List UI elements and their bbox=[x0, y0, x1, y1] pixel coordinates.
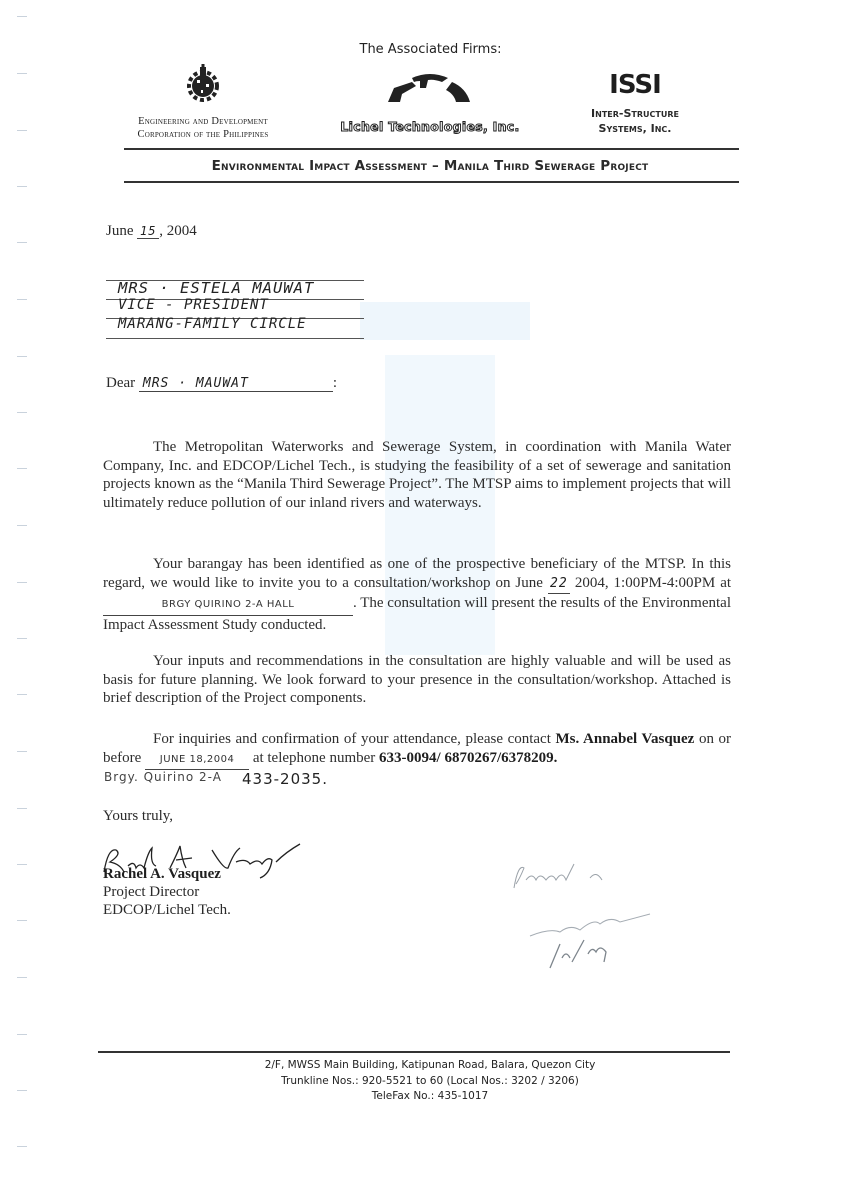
salutation: Dear MRS · MAUWAT: bbox=[106, 375, 337, 392]
paragraph-2: Your barangay has been identified as one… bbox=[103, 555, 731, 634]
paragraph-4: For inquiries and confirmation of your a… bbox=[103, 730, 731, 770]
date-prefix: June bbox=[106, 223, 134, 239]
signatory-title: Project Director bbox=[103, 883, 231, 901]
recipient-title: VICE - PRESIDENT bbox=[118, 297, 269, 313]
margin-mark bbox=[17, 299, 27, 300]
firm-lichel: Lichel Technologies, Inc. bbox=[335, 72, 525, 134]
paragraph-2-text-b: 2004, 1:00PM-4:00PM at bbox=[570, 575, 731, 591]
footer-telefax: TeleFax No.: 435-1017 bbox=[100, 1089, 760, 1105]
signatory-org: EDCOP/Lichel Tech. bbox=[103, 901, 231, 919]
paragraph-4-text-c: at telephone number bbox=[253, 750, 375, 766]
issi-name-line1: Inter-Structure bbox=[560, 106, 710, 121]
margin-mark bbox=[17, 1090, 27, 1091]
margin-mark bbox=[17, 1146, 27, 1147]
recipient-org: MARANG-FAMILY CIRCLE bbox=[118, 316, 307, 332]
received-note-handwriting-icon bbox=[510, 858, 710, 978]
workshop-day-field: 22 bbox=[548, 575, 570, 595]
received-note bbox=[510, 858, 710, 978]
margin-mark bbox=[17, 525, 27, 526]
lichel-name: Lichel Technologies, Inc. bbox=[335, 119, 525, 134]
paragraph-1: The Metropolitan Waterworks and Sewerage… bbox=[103, 438, 731, 512]
date-day-field: 15 bbox=[137, 224, 159, 239]
margin-mark bbox=[17, 1034, 27, 1035]
margin-mark bbox=[17, 808, 27, 809]
paragraph-4-text-a: For inquiries and confirmation of your a… bbox=[153, 731, 551, 747]
margin-mark bbox=[17, 356, 27, 357]
lichel-arc-logo-icon bbox=[382, 72, 478, 106]
paragraph-3-text: Your inputs and recommendations in the c… bbox=[103, 653, 731, 706]
footer: 2/F, MWSS Main Building, Katipunan Road,… bbox=[100, 1058, 760, 1105]
issi-name-line2: Systems, Inc. bbox=[560, 121, 710, 136]
address-line bbox=[106, 338, 364, 339]
margin-mark bbox=[17, 920, 27, 921]
handwritten-phone-note: 433-2035. bbox=[242, 770, 328, 788]
margin-mark bbox=[17, 751, 27, 752]
header-rule-top bbox=[124, 148, 739, 150]
closing: Yours truly, bbox=[103, 808, 173, 825]
workshop-venue-field: BRGY QUIRINO 2-A HALL bbox=[103, 596, 353, 616]
margin-mark bbox=[17, 186, 27, 187]
margin-mark bbox=[17, 242, 27, 243]
margin-mark bbox=[17, 73, 27, 74]
date-suffix: , 2004 bbox=[159, 223, 197, 239]
edcop-gear-tower-icon bbox=[182, 64, 224, 106]
firm-issi: ISSI Inter-Structure Systems, Inc. bbox=[560, 70, 710, 136]
salutation-colon: : bbox=[333, 375, 337, 391]
recipient-name: MRS · ESTELA MAUWAT bbox=[118, 279, 314, 297]
margin-mark bbox=[17, 130, 27, 131]
edcop-name-line1: Engineering and Development bbox=[108, 115, 298, 128]
letter-date: June 15, 2004 bbox=[106, 223, 197, 240]
margin-mark bbox=[17, 977, 27, 978]
header-rule-bottom bbox=[124, 181, 739, 183]
margin-mark bbox=[17, 16, 27, 17]
margin-mark bbox=[17, 638, 27, 639]
handwritten-place-note: Brgy. Quirino 2-A bbox=[104, 770, 222, 784]
margin-mark bbox=[17, 694, 27, 695]
signatory-name: Rachel A. Vasquez bbox=[103, 865, 231, 883]
margin-mark bbox=[17, 864, 27, 865]
footer-rule bbox=[98, 1051, 730, 1053]
firm-edcop: Engineering and Development Corporation … bbox=[108, 64, 298, 141]
project-title: Environmental Impact Assessment – Manila… bbox=[100, 158, 760, 174]
margin-mark bbox=[17, 412, 27, 413]
scan-tint bbox=[360, 302, 530, 340]
salutation-name-field: MRS · MAUWAT bbox=[139, 376, 333, 392]
footer-trunkline: Trunkline Nos.: 920-5521 to 60 (Local No… bbox=[100, 1074, 760, 1090]
paragraph-1-text: The Metropolitan Waterworks and Sewerage… bbox=[103, 439, 731, 511]
signature-block: Rachel A. Vasquez Project Director EDCOP… bbox=[103, 865, 231, 919]
salutation-prefix: Dear bbox=[106, 375, 135, 391]
deadline-field: JUNE 18,2004 bbox=[145, 751, 249, 771]
footer-address: 2/F, MWSS Main Building, Katipunan Road,… bbox=[100, 1058, 760, 1074]
associated-firms-label: The Associated Firms: bbox=[0, 42, 861, 57]
contact-person: Ms. Annabel Vasquez bbox=[556, 731, 695, 747]
margin-mark bbox=[17, 468, 27, 469]
issi-wordmark: ISSI bbox=[560, 70, 710, 100]
margin-mark bbox=[17, 582, 27, 583]
contact-phones: 633-0094/ 6870267/6378209. bbox=[379, 750, 557, 766]
edcop-name-line2: Corporation of the Philippines bbox=[108, 128, 298, 141]
paragraph-3: Your inputs and recommendations in the c… bbox=[103, 652, 731, 708]
